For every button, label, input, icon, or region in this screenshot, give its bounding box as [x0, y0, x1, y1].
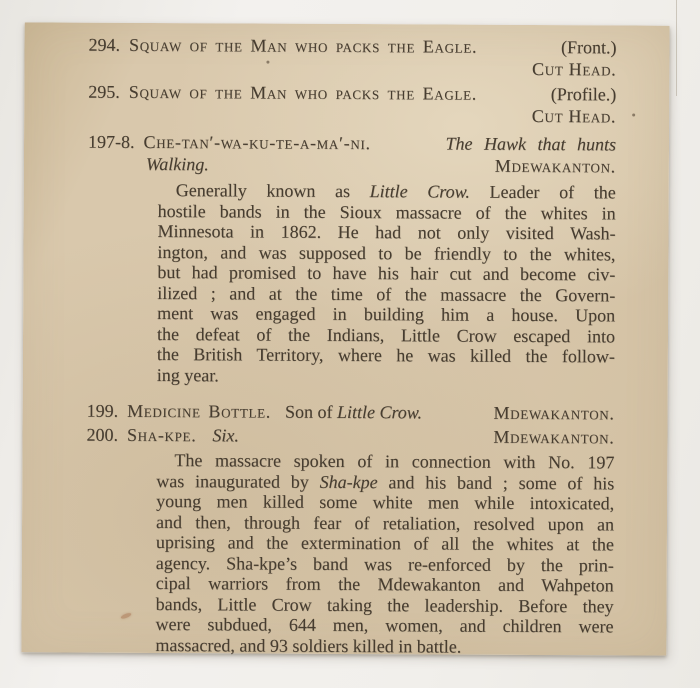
paragraph-line: bands, Little Crow taking the leadership…	[156, 594, 614, 617]
catalog-entry-294: 294.Squaw of the Man who packs the Eagle…	[88, 34, 616, 81]
paragraph-line: Generally known as Little Crow. Leader o…	[158, 180, 616, 203]
entry-number: 199.	[87, 401, 119, 421]
entry-title-line: 294.Squaw of the Man who packs the Eagle…	[88, 34, 616, 59]
paragraph-line: massacred, and 93 soldiers killed in bat…	[155, 635, 613, 658]
paragraph-line: ilized ; and at the time of the massacre…	[157, 283, 615, 306]
entry-number: 294.	[88, 35, 120, 55]
entry-number: 295.	[88, 82, 120, 102]
catalog-entry-199: 199.Medicine Bottle.Son of Little Crow. …	[87, 400, 615, 425]
paragraph-line: agency. Sha-kpe’s band was re-enforced b…	[156, 553, 614, 576]
entry-name: Medicine Bottle.	[127, 401, 271, 422]
paragraph-line: the British Territory, where he was kill…	[157, 344, 615, 367]
paragraph-line: but had promised to have his hair cut an…	[157, 262, 615, 285]
scan-artifact-line	[676, 0, 677, 96]
entry-description: Son of Little Crow.	[285, 402, 422, 423]
entry-number: 197-8.	[88, 132, 135, 152]
paragraph-line: ing year.	[157, 365, 615, 388]
paragraph-line: were subdued, 644 men, women, and childr…	[155, 614, 613, 637]
paragraph-line: uprising and the extermination of all th…	[156, 532, 614, 555]
entry-second-line: Walking. Mdewakanton.	[88, 153, 616, 178]
catalog-entry-200: 200.Sha-kpe.Six. Mdewakanton.	[86, 424, 614, 449]
description-paragraph-massacre: The massacre spoken of in connection wit…	[155, 450, 614, 657]
entry-title-line: 295.Squaw of the Man who packs the Eagle…	[88, 81, 616, 106]
entry-tribe: Mdewakanton.	[493, 426, 614, 449]
paragraph-line: The massacre spoken of in connection wit…	[156, 450, 614, 473]
description-paragraph-little-crow: Generally known as Little Crow. Leader o…	[157, 180, 616, 387]
entry-title-line: 197-8.Che-tan′-wa-ku-te-a-ma′-ni. The Ha…	[88, 131, 616, 156]
paper-fragment: 294.Squaw of the Man who packs the Eagle…	[21, 22, 669, 655]
entry-name: Squaw of the Man who packs the Eagle.	[129, 82, 477, 104]
entry-translation: The Hawk that hunts	[445, 133, 616, 156]
entry-title-line: 199.Medicine Bottle.Son of Little Crow. …	[87, 400, 615, 425]
catalog-entry-197-8: 197-8.Che-tan′-wa-ku-te-a-ma′-ni. The Ha…	[88, 131, 616, 178]
paragraph-line: Minnesota in 1862. He had not only visit…	[158, 221, 616, 244]
entry-view: (Profile.)	[551, 83, 617, 105]
scan-background: 294.Squaw of the Man who packs the Eagle…	[0, 0, 700, 688]
entry-name: Sha-kpe.	[127, 425, 197, 445]
catalog-entry-295: 295.Squaw of the Man who packs the Eagle…	[88, 81, 616, 128]
paragraph-line: and then, through fear of retaliation, r…	[156, 512, 614, 535]
entry-title-line: 200.Sha-kpe.Six. Mdewakanton.	[86, 424, 614, 449]
paragraph-line: the defeat of the Indians, Little Crow e…	[157, 324, 615, 347]
entry-name: Che-tan′-wa-ku-te-a-ma′-ni.	[143, 132, 370, 153]
paragraph-line: cipal warriors from the Mdewakanton and …	[156, 573, 614, 596]
paragraph-line: young men killed some white men while in…	[156, 491, 614, 514]
catalog-text-block: 294.Squaw of the Man who packs the Eagle…	[85, 23, 616, 658]
entry-number: 200.	[86, 425, 118, 445]
entry-view: (Front.)	[561, 36, 617, 58]
paragraph-line: hostile bands in the Sioux massacre of t…	[158, 201, 616, 224]
entry-tribe: Mdewakanton.	[495, 155, 616, 178]
entry-tribe: Cut Head.	[88, 103, 616, 128]
paragraph-line: ment was engaged in building him a house…	[157, 303, 615, 326]
entry-translation-continued: Walking.	[88, 153, 209, 176]
ink-speck	[632, 113, 635, 116]
paragraph-line: ington, and was supposed to be friendly …	[157, 242, 615, 265]
entry-tribe: Mdewakanton.	[493, 402, 614, 425]
paragraph-line: was inaugurated by Sha-kpe and his band …	[156, 471, 614, 494]
entry-tribe: Cut Head.	[88, 56, 616, 81]
entry-translation: Six.	[212, 425, 239, 445]
entry-name: Squaw of the Man who packs the Eagle.	[129, 35, 477, 57]
